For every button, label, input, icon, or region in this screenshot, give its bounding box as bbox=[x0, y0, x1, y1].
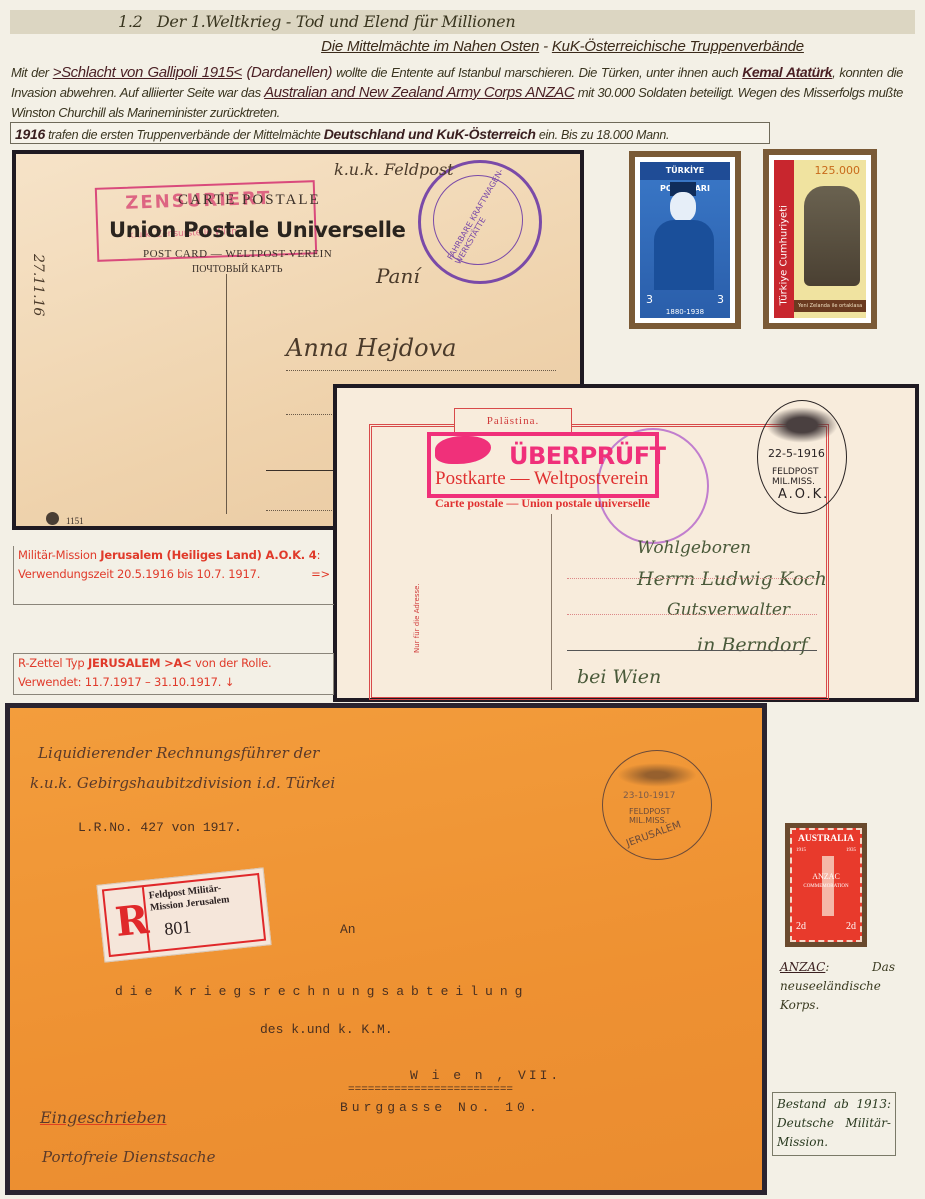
russian-line: ПОЧТОВЫЙ КАРТЬ bbox=[192, 264, 282, 275]
post-card-line: POST CARD — WELTPOST-VEREIN bbox=[143, 248, 332, 260]
caption-anzac: ANZAC: Das neuseeländische Korps. bbox=[780, 958, 895, 1015]
handwriting-line: Gutsverwalter bbox=[667, 600, 790, 620]
upu-heading: Union Postale Universelle bbox=[109, 218, 406, 242]
sender-line-2: k.u.k. Gebirgshaubitzdivision i.d. Türke… bbox=[30, 774, 335, 792]
registered-note: Eingeschrieben bbox=[40, 1108, 167, 1127]
postcard-palaestina: Palästina. Postkarte — Weltpostverein Ca… bbox=[333, 384, 919, 702]
address-an: An bbox=[340, 922, 356, 937]
reference-number: L.R.No. 427 von 1917. bbox=[78, 820, 242, 835]
caption-bestand: Bestand ab 1913: Deutsche Militär- Missi… bbox=[772, 1092, 896, 1156]
handwriting-salutation: Paní bbox=[376, 264, 420, 288]
page-subtitle: Die Mittelmächte im Nahen Osten - KuK-Ös… bbox=[0, 38, 925, 55]
registration-label: R Feldpost Militär-Mission Jerusalem 801 bbox=[96, 867, 271, 962]
handwriting-line: Wohlgeboren bbox=[637, 538, 751, 558]
official-mail-note: Portofreie Dienstsache bbox=[42, 1148, 215, 1166]
handwriting-line: in Berndorf bbox=[697, 634, 808, 656]
stamp-anzac: AUSTRALIA 19151935 ANZAC COMMEMORATION 2… bbox=[785, 823, 867, 947]
address-rule: ========================= bbox=[348, 1084, 513, 1096]
caption-r-zettel: R-Zettel Typ JERUSALEM >A< von der Rolle… bbox=[13, 653, 334, 695]
printer-number: 1151 bbox=[66, 516, 84, 526]
address-line-2: des k.und k. K.M. bbox=[260, 1022, 393, 1037]
address-line-1: die Kriegsrechnungsabteilung bbox=[115, 984, 529, 999]
sender-line-1: Liquidierender Rechnungsführer der bbox=[38, 744, 319, 762]
caption-military-mission: Militär-Mission Jerusalem (Heiliges Land… bbox=[13, 546, 334, 605]
handwriting-recipient: Anna Hejdova bbox=[286, 334, 456, 362]
handwriting-date: 27.11.16 bbox=[30, 254, 46, 316]
carte-postale-line: Carte postale — Union postale universell… bbox=[435, 496, 650, 511]
postmark-aok: 22-5-1916 FELDPOST MIL.MISS. A.O.K. bbox=[757, 400, 847, 514]
note-1916: 1916 trafen die ersten Truppenverbände d… bbox=[10, 122, 770, 144]
address-line-4: Burggasse No. 10. bbox=[340, 1100, 541, 1115]
registered-envelope: Liquidierender Rechnungsführer der k.u.k… bbox=[5, 703, 767, 1195]
printer-logo bbox=[46, 512, 59, 525]
stamp-turkiye-cumhuriyeti: Türkiye Cumhuriyeti 125.000 Yeni Zelanda… bbox=[763, 149, 877, 329]
address-only-note: Nur für die Adresse. bbox=[413, 583, 421, 653]
postmark-jerusalem: 23-10-1917 FELDPOSTMIL.MISS. JERUSALEM bbox=[602, 750, 712, 860]
intro-paragraph: Mit der >Schlacht von Gallipoli 1915< (D… bbox=[11, 62, 903, 123]
section-title-bar: 1.2 Der 1.Weltkrieg - Tod und Elend für … bbox=[10, 10, 915, 34]
handwriting-line: bei Wien bbox=[577, 666, 661, 688]
handwriting-sender: k.u.k. Feldpost bbox=[334, 160, 454, 179]
handwriting-line: Herrn Ludwig Koch bbox=[637, 568, 827, 590]
carte-postale-heading: CARTE POSTALE bbox=[178, 192, 321, 209]
region-label: Palästina. bbox=[454, 408, 572, 433]
stamp-ataturk: TÜRKİYE POSTALARI 3 3 1880-1938 bbox=[629, 151, 741, 329]
address-line-3: W i e n , VII. bbox=[410, 1068, 561, 1083]
section-title: 1.2 Der 1.Weltkrieg - Tod und Elend für … bbox=[118, 12, 515, 31]
